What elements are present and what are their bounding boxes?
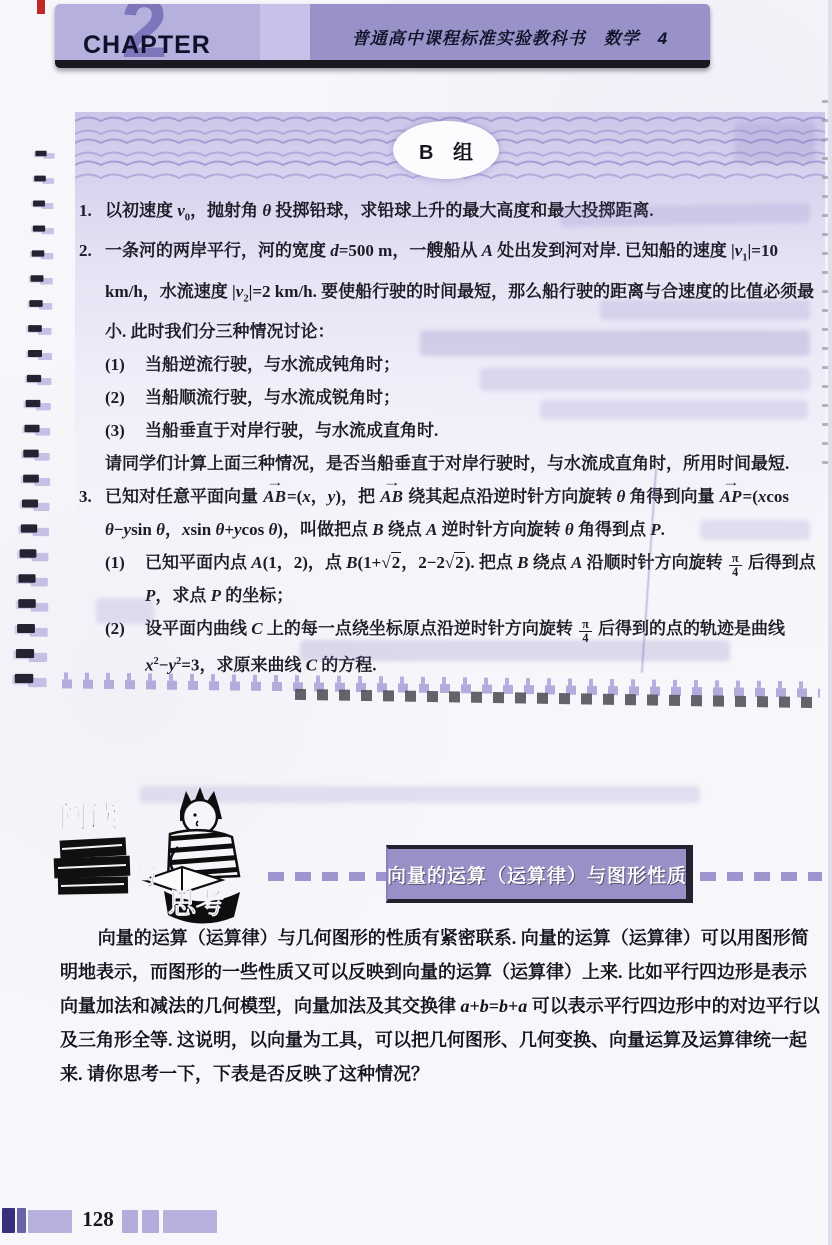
footer-block [163, 1210, 217, 1233]
intro-paragraph: 向量的运算（运算律）与几何图形的性质有紧密联系. 向量的运算（运算律）可以用图形… [60, 921, 820, 1091]
problem-list: 1. 以初速度 v0，抛射角 θ 投掷铅球，求铅球上升的最大高度和最大投掷距离.… [79, 194, 821, 682]
subitem-text: 当船垂直于对岸行驶，与水流成直角时. [145, 414, 821, 447]
bleedthrough-artifact [420, 330, 810, 356]
subitem-text: 已知平面内点 A(1，2)，点 B(1+√2，2−2√2). 把点 B 绕点 A… [145, 546, 821, 612]
books-icon [54, 837, 131, 894]
binding-marks [0, 150, 70, 740]
bleedthrough-artifact [735, 122, 815, 162]
reading-thinking-illustration: 阅读 与 思考 [52, 779, 274, 931]
reading-label-bottom: 思考 [168, 888, 224, 920]
chapter-header-left: 2 CHAPTER [55, 4, 260, 68]
page-number: 128 [78, 1207, 118, 1232]
problem-number: 1. [79, 194, 105, 234]
section-banner: 向量的运算（运算律）与图形性质 [386, 845, 693, 903]
group-b-label: B 组 [412, 136, 480, 165]
header-title-band: 普通高中课程标准实验教科书 数学 4 [310, 4, 710, 68]
bleedthrough-artifact [600, 300, 810, 320]
footer-block [17, 1208, 26, 1233]
problem-2-note: 请同学们计算上面三种情况，是否当船垂直于对岸行驶时，与水流成直角时，所用时间最短… [79, 447, 821, 480]
problem-3-subitem-1: (1) 已知平面内点 A(1，2)，点 B(1+√2，2−2√2). 把点 B … [79, 546, 821, 612]
footer-block [28, 1210, 72, 1233]
page-root: 2 CHAPTER 普通高中课程标准实验教科书 数学 4 B 组 1. 以初速度… [0, 0, 832, 1245]
reading-label-top: 阅读 [58, 801, 118, 834]
footer-block [122, 1210, 138, 1233]
book-title: 普通高中课程标准实验教科书 数学 4 [352, 24, 668, 49]
edge-ticks [822, 100, 830, 500]
header-stripe [260, 4, 310, 68]
problem-number: 2. [79, 234, 105, 348]
reading-label-mid: 与 [132, 861, 158, 891]
bleedthrough-artifact [700, 520, 810, 540]
bleedthrough-artifact [480, 368, 810, 391]
subitem-number: (1) [105, 348, 145, 381]
bleedthrough-artifact [300, 640, 730, 661]
chapter-header: 2 CHAPTER 普通高中课程标准实验教科书 数学 4 [55, 4, 710, 68]
problem-2-subitem-3: (3) 当船垂直于对岸行驶，与水流成直角时. [79, 414, 821, 447]
footer-block [142, 1210, 159, 1233]
group-b-badge: B 组 [393, 121, 499, 179]
subitem-number: (3) [105, 414, 145, 447]
header-underline [55, 60, 710, 68]
chapter-label: CHAPTER [83, 31, 211, 60]
problem-number: 3. [79, 480, 105, 546]
bleedthrough-artifact [96, 598, 154, 624]
bleedthrough-artifact [540, 400, 808, 419]
registration-mark [37, 0, 45, 14]
footer-block [2, 1208, 15, 1233]
banner-title: 向量的运算（运算律）与图形性质 [387, 861, 687, 888]
subitem-number: (2) [105, 381, 145, 414]
